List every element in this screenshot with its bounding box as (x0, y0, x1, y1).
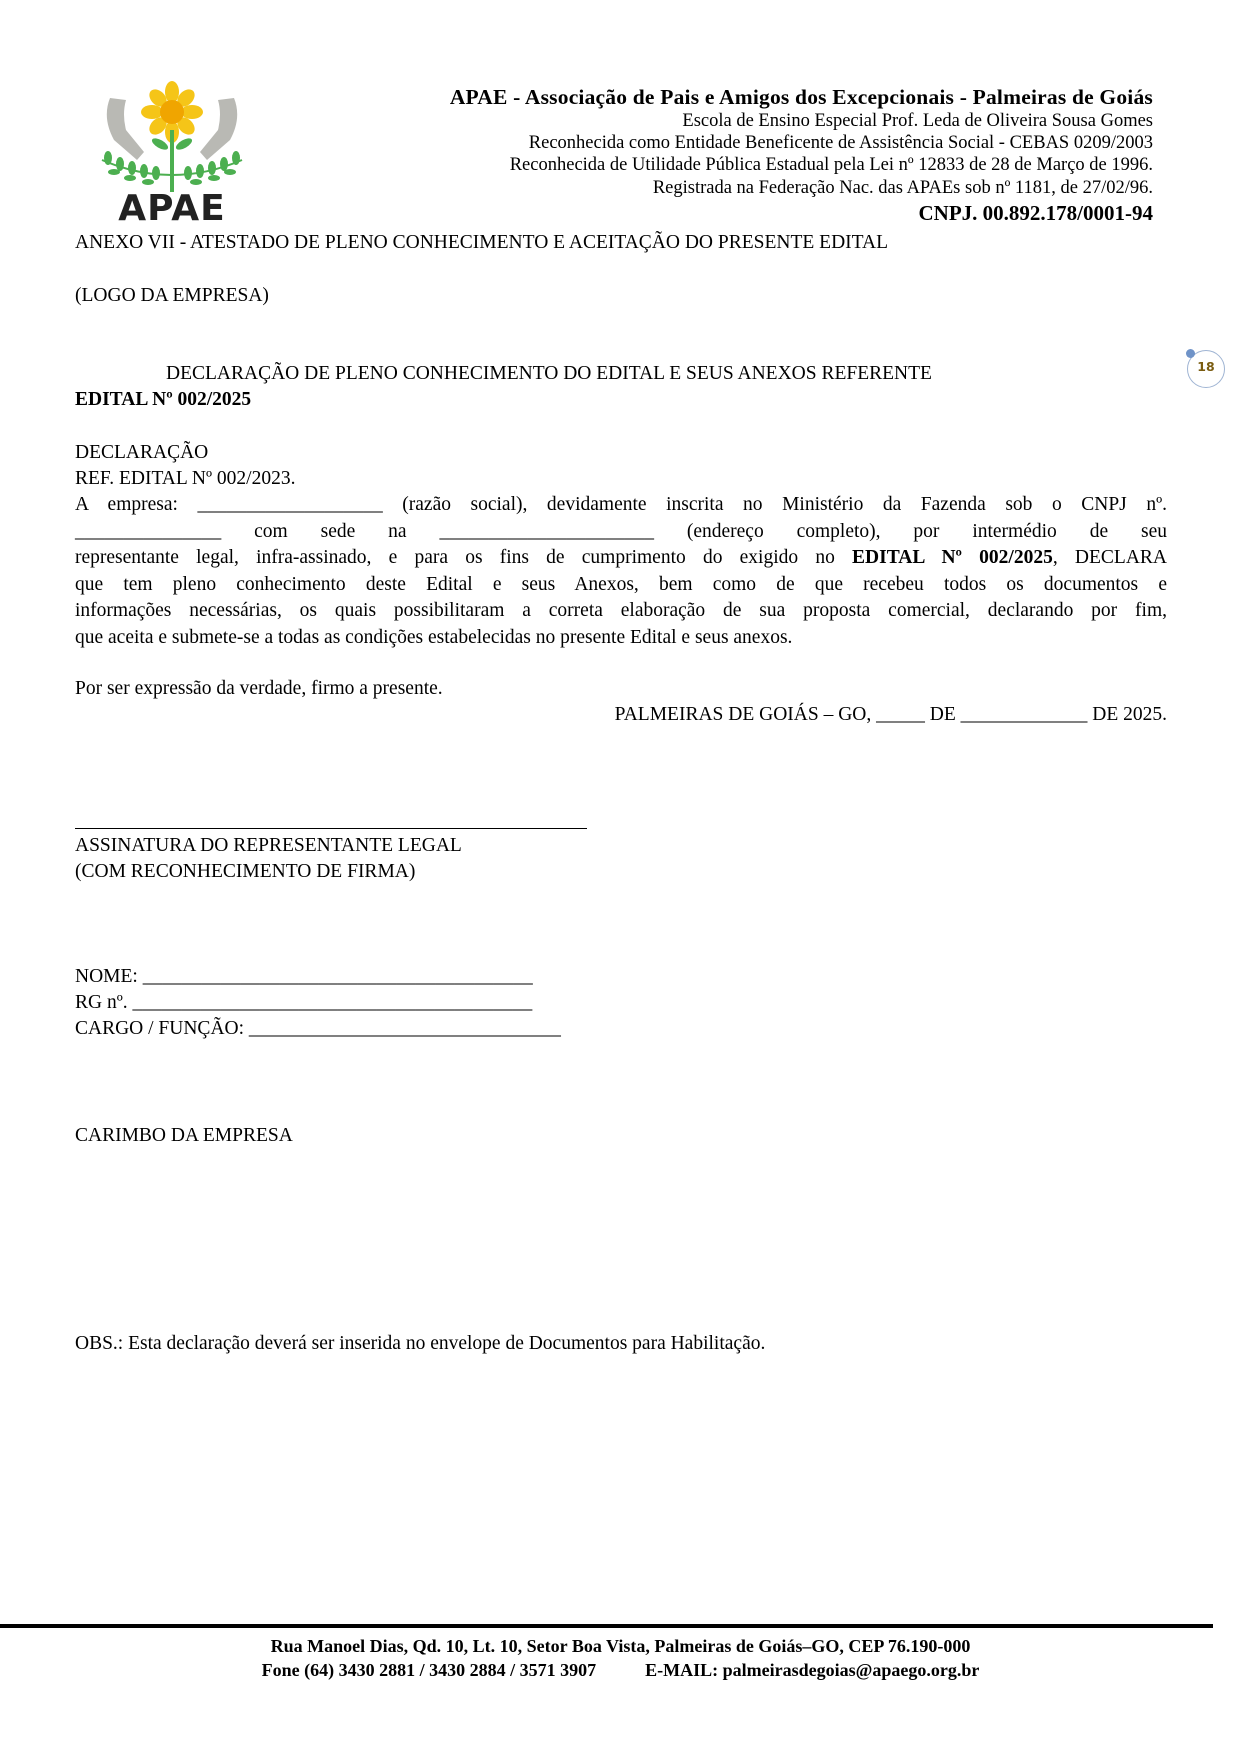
closing-statement: Por ser expressão da verdade, firmo a pr… (75, 676, 443, 702)
signature-note: (COM RECONHECIMENTO DE FIRMA) (75, 859, 415, 885)
body-line-1: A empresa: ___________________ (razão so… (75, 492, 1167, 519)
nome-field: NOME: __________________________________… (75, 964, 533, 990)
rg-field: RG nº. _________________________________… (75, 990, 532, 1016)
declaracao-label: DECLARAÇÃO (75, 440, 208, 466)
signature-label: ASSINATURA DO REPRESENTANTE LEGAL (75, 833, 462, 859)
logo-text: APAE (96, 188, 248, 229)
body-line-4: que tem pleno conhecimento deste Edital … (75, 572, 1167, 599)
body-line-3: representante legal, infra-assinado, e p… (75, 545, 1167, 572)
body-line-6: que aceita e submete-se a todas as condi… (75, 625, 1167, 652)
place-date-line: PALMEIRAS DE GOIÁS – GO, _____ DE ______… (615, 702, 1167, 728)
cnpj-line: CNPJ. 00.892.178/0001-94 (919, 201, 1154, 226)
obs-note: OBS.: Esta declaração deverá ser inserid… (75, 1331, 765, 1357)
cebas-line: Reconhecida como Entidade Beneficente de… (529, 133, 1153, 154)
edital-reference: REF. EDITAL Nº 002/2023. (75, 466, 295, 492)
registro-line: Registrada na Federação Nac. das APAEs s… (653, 178, 1153, 199)
footer-phone: Fone (64) 3430 2881 / 3430 2884 / 3571 3… (262, 1660, 597, 1680)
footer-email[interactable]: E-MAIL: palmeirasdegoias@apaego.org.br (645, 1660, 979, 1680)
footer-address: Rua Manoel Dias, Qd. 10, Lt. 10, Setor B… (0, 1636, 1241, 1657)
page-number: 18 (1188, 359, 1224, 374)
apae-logo: APAE (92, 78, 252, 228)
annex-title: ANEXO VII - ATESTADO DE PLENO CONHECIMEN… (75, 230, 888, 256)
cargo-field: CARGO / FUNÇÃO: ________________________… (75, 1016, 561, 1042)
org-name: APAE - Associação de Pais e Amigos dos E… (450, 85, 1153, 110)
body-line-3-text: representante legal, infra-assinado, e p… (75, 547, 852, 568)
footer-rule (0, 1624, 1213, 1628)
declaration-heading: DECLARAÇÃO DE PLENO CONHECIMENTO DO EDIT… (166, 361, 932, 387)
body-line-3-end: , DECLARA (1053, 547, 1167, 568)
body-line-2: _______________ com sede na ____________… (75, 519, 1167, 546)
signature-rule (75, 828, 587, 829)
utilidade-publica-line: Reconhecida de Utilidade Pública Estadua… (510, 155, 1153, 176)
declaration-body: A empresa: ___________________ (razão so… (75, 492, 1167, 651)
logo-placeholder: (LOGO DA EMPRESA) (75, 283, 269, 309)
edital-number-heading: EDITAL Nº 002/2025 (75, 387, 251, 413)
body-edital-bold: EDITAL Nº 002/2025 (852, 547, 1053, 568)
school-name: Escola de Ensino Especial Prof. Leda de … (682, 111, 1153, 132)
badge-dot-icon (1186, 349, 1195, 358)
body-line-5: informações necessárias, os quais possib… (75, 598, 1167, 625)
page-number-badge: 18 (1187, 350, 1225, 388)
footer-contact: Fone (64) 3430 2881 / 3430 2884 / 3571 3… (0, 1660, 1241, 1681)
carimbo-label: CARIMBO DA EMPRESA (75, 1123, 293, 1149)
